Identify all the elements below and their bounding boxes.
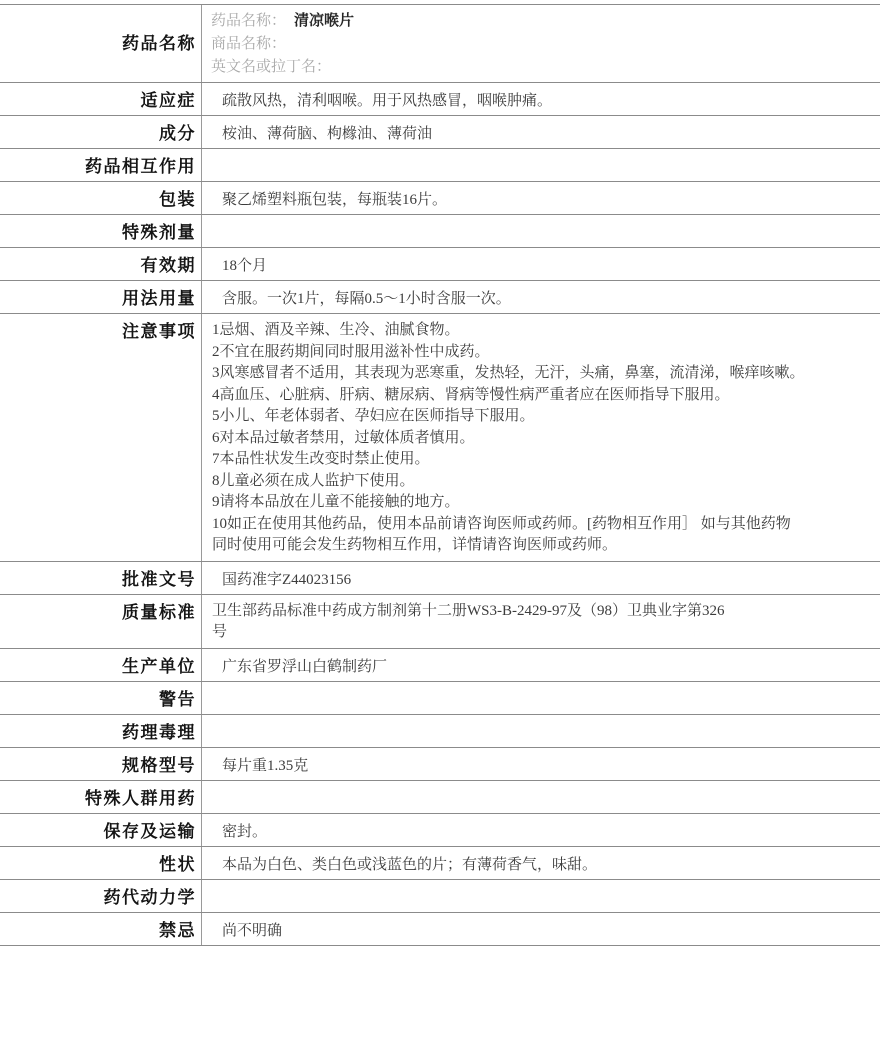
row-label: 包装 [0, 182, 202, 214]
row-label: 批准文号 [0, 562, 202, 594]
row-value [202, 149, 880, 181]
field-value: 清凉喉片 [294, 13, 354, 29]
table-row: 药品名称药品名称：清凉喉片商品名称：英文名或拉丁名： [0, 5, 880, 83]
value-text-line: 3风寒感冒者不适用，其表现为恶寒重，发热轻，无汗，头痛，鼻塞，流清涕，喉痒咳嗽。 [212, 363, 870, 385]
row-label: 特殊人群用药 [0, 781, 202, 813]
row-value: 18个月 [202, 248, 880, 280]
row-label: 成分 [0, 116, 202, 148]
table-row: 成分桉油、薄荷脑、枸橼油、薄荷油 [0, 116, 880, 149]
field-label: 英文名或拉丁名： [211, 59, 331, 75]
row-value: 桉油、薄荷脑、枸橼油、薄荷油 [202, 116, 880, 148]
field-label: 药品名称： [211, 13, 286, 29]
table-row: 注意事项1忌烟、酒及辛辣、生冷、油腻食物。2不宜在服药期间同时服用滋补性中成药。… [0, 314, 880, 562]
row-value: 含服。一次1片，每隔0.5～1小时含服一次。 [202, 281, 880, 313]
name-field-line: 商品名称： [211, 33, 870, 56]
row-value: 1忌烟、酒及辛辣、生冷、油腻食物。2不宜在服药期间同时服用滋补性中成药。3风寒感… [202, 314, 880, 561]
row-label: 适应症 [0, 83, 202, 115]
row-value [202, 880, 880, 912]
row-label: 特殊剂量 [0, 215, 202, 247]
row-label: 有效期 [0, 248, 202, 280]
row-value: 尚不明确 [202, 913, 880, 945]
row-label: 注意事项 [0, 314, 202, 561]
row-value [202, 781, 880, 813]
row-value: 聚乙烯塑料瓶包装，每瓶装16片。 [202, 182, 880, 214]
table-row: 生产单位广东省罗浮山白鹤制药厂 [0, 649, 880, 682]
field-label: 商品名称： [211, 36, 286, 52]
row-value [202, 682, 880, 714]
table-row: 禁忌尚不明确 [0, 913, 880, 946]
value-text-line: 号 [212, 622, 870, 644]
row-value: 疏散风热，清利咽喉。用于风热感冒，咽喉肿痛。 [202, 83, 880, 115]
value-text-line: 1忌烟、酒及辛辣、生冷、油腻食物。 [212, 320, 870, 342]
table-row: 药品相互作用 [0, 149, 880, 182]
row-value: 卫生部药品标准中药成方制剂第十二册WS3-B-2429-97及（98）卫典业字第… [202, 595, 880, 648]
table-row: 规格型号每片重1.35克 [0, 748, 880, 781]
row-value: 国药准字Z44023156 [202, 562, 880, 594]
row-label: 性状 [0, 847, 202, 879]
table-row: 警告 [0, 682, 880, 715]
row-label: 药品名称 [0, 5, 202, 82]
row-label: 保存及运输 [0, 814, 202, 846]
row-label: 质量标准 [0, 595, 202, 648]
value-text-line: 卫生部药品标准中药成方制剂第十二册WS3-B-2429-97及（98）卫典业字第… [212, 601, 870, 623]
name-field-line: 英文名或拉丁名： [211, 56, 870, 79]
table-row: 药理毒理 [0, 715, 880, 748]
table-row: 特殊剂量 [0, 215, 880, 248]
value-text-line: 7本品性状发生改变时禁止使用。 [212, 449, 870, 471]
table-row: 性状本品为白色、类白色或浅蓝色的片；有薄荷香气，味甜。 [0, 847, 880, 880]
value-text-line: 4高血压、心脏病、肝病、糖尿病、肾病等慢性病严重者应在医师指导下服用。 [212, 385, 870, 407]
value-text-line: 2不宜在服药期间同时服用滋补性中成药。 [212, 342, 870, 364]
drug-info-table: 药品名称药品名称：清凉喉片商品名称：英文名或拉丁名：适应症疏散风热，清利咽喉。用… [0, 4, 880, 946]
row-label: 生产单位 [0, 649, 202, 681]
table-row: 药代动力学 [0, 880, 880, 913]
table-row: 有效期18个月 [0, 248, 880, 281]
table-row: 特殊人群用药 [0, 781, 880, 814]
value-text-line: 9请将本品放在儿童不能接触的地方。 [212, 492, 870, 514]
value-text-line: 8儿童必须在成人监护下使用。 [212, 471, 870, 493]
row-label: 禁忌 [0, 913, 202, 945]
table-row: 批准文号国药准字Z44023156 [0, 562, 880, 595]
value-text-line: 6对本品过敏者禁用，过敏体质者慎用。 [212, 428, 870, 450]
row-value: 广东省罗浮山白鹤制药厂 [202, 649, 880, 681]
row-value: 本品为白色、类白色或浅蓝色的片；有薄荷香气，味甜。 [202, 847, 880, 879]
value-text-line: 同时使用可能会发生药物相互作用，详情请咨询医师或药师。 [212, 535, 870, 557]
row-value [202, 215, 880, 247]
row-value: 密封。 [202, 814, 880, 846]
name-field-line: 药品名称：清凉喉片 [211, 10, 870, 33]
row-label: 警告 [0, 682, 202, 714]
value-text-line: 5小儿、年老体弱者、孕妇应在医师指导下服用。 [212, 406, 870, 428]
row-value: 每片重1.35克 [202, 748, 880, 780]
table-row: 质量标准卫生部药品标准中药成方制剂第十二册WS3-B-2429-97及（98）卫… [0, 595, 880, 649]
table-row: 适应症疏散风热，清利咽喉。用于风热感冒，咽喉肿痛。 [0, 83, 880, 116]
row-label: 用法用量 [0, 281, 202, 313]
row-label: 药理毒理 [0, 715, 202, 747]
table-row: 包装聚乙烯塑料瓶包装，每瓶装16片。 [0, 182, 880, 215]
table-row: 保存及运输密封。 [0, 814, 880, 847]
value-text-line: 10如正在使用其他药品，使用本品前请咨询医师或药师。[药物相互作用］ 如与其他药… [212, 514, 870, 536]
row-label: 药品相互作用 [0, 149, 202, 181]
row-value: 药品名称：清凉喉片商品名称：英文名或拉丁名： [202, 5, 880, 82]
row-label: 药代动力学 [0, 880, 202, 912]
table-row: 用法用量含服。一次1片，每隔0.5～1小时含服一次。 [0, 281, 880, 314]
row-value [202, 715, 880, 747]
row-label: 规格型号 [0, 748, 202, 780]
